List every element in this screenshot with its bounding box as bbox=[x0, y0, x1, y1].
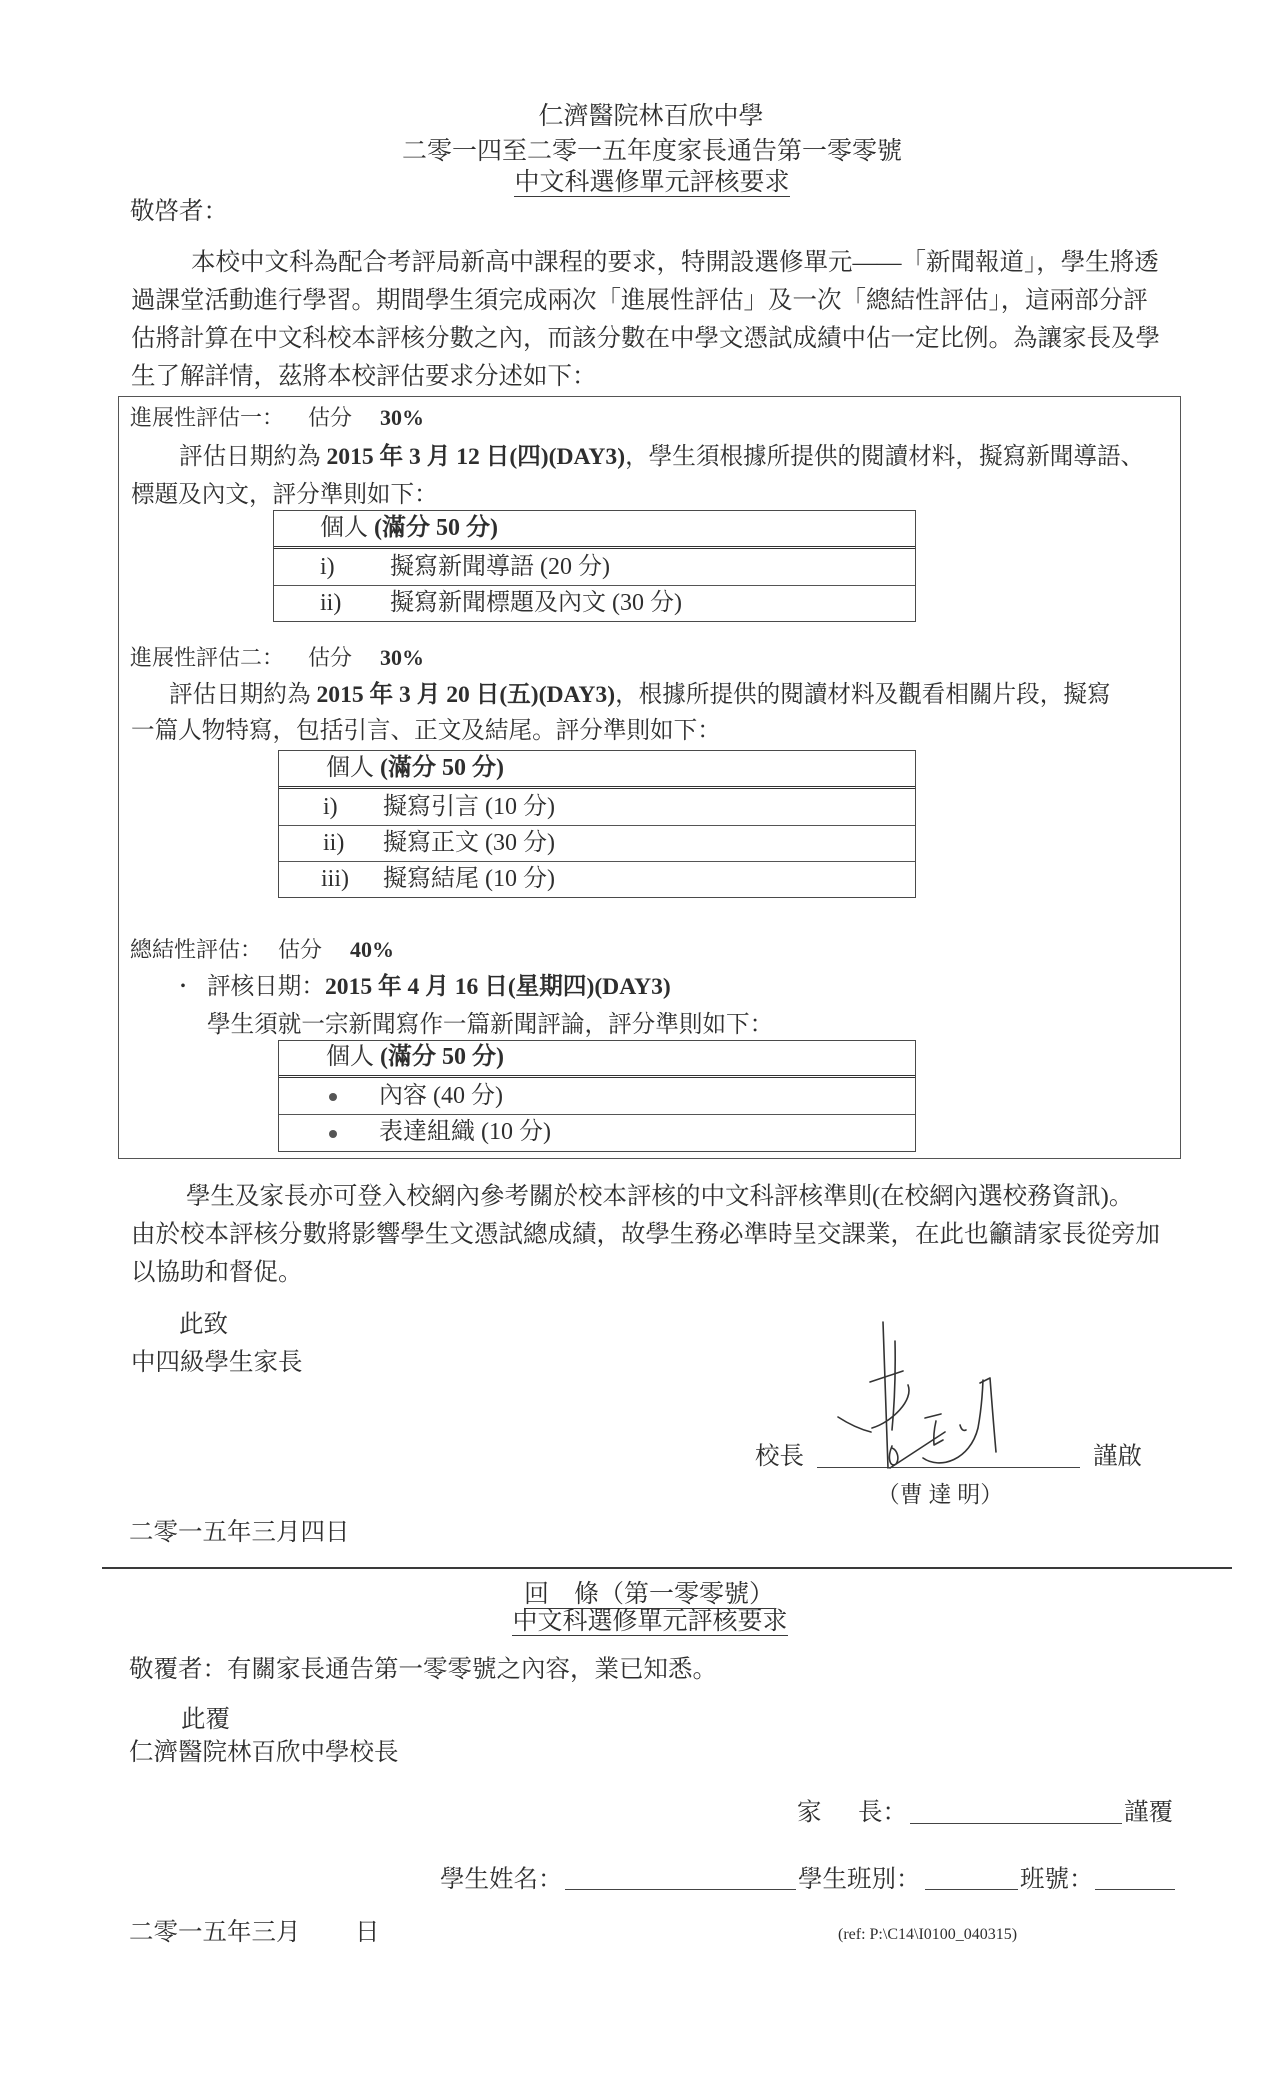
subject-title: 中文科選修單元評核要求 bbox=[514, 170, 789, 197]
row-marker: i) bbox=[323, 789, 338, 825]
parent-label: 家 bbox=[797, 1798, 822, 1828]
table-header-row: 個人 (滿分 50 分) bbox=[279, 1041, 915, 1078]
closing-line: 以協助和督促。 bbox=[131, 1258, 303, 1288]
school-name: 仁濟醫院林百欣中學 bbox=[400, 102, 902, 132]
table-row: i) 擬寫引言 (10 分) bbox=[279, 789, 915, 826]
assessment-1-criteria-table: 個人 (滿分 50 分) i) 擬寫新聞導語 (20 分) ii) 擬寫新聞標題… bbox=[273, 510, 916, 622]
table-row: i) 擬寫新聞導語 (20 分) bbox=[274, 549, 915, 586]
assessment-1-heading: 進展性評估一： 估分 30% bbox=[130, 404, 450, 432]
table-header: 個人 (滿分 50 分) bbox=[326, 1041, 504, 1074]
table-header: 個人 (滿分 50 分) bbox=[326, 751, 504, 785]
desc-text: 評估日期約為 bbox=[179, 444, 326, 470]
weight-value: 30% bbox=[380, 644, 424, 672]
reply-body: 敬覆者：有關家長通告第一零零號之內容，業已知悉。 bbox=[129, 1655, 717, 1685]
weight-value: 30% bbox=[380, 404, 424, 432]
weight-label: 估分 bbox=[308, 404, 352, 432]
student-name-field bbox=[565, 1889, 796, 1890]
assessment-3-criteria-table: 個人 (滿分 50 分) 內容 (40 分) 表達組織 (10 分) bbox=[278, 1040, 916, 1152]
table-header: 個人 (滿分 50 分) bbox=[320, 511, 498, 545]
salutation: 敬啓者： bbox=[130, 197, 228, 227]
subject-title-wrap: 中文科選修單元評核要求 bbox=[452, 168, 852, 198]
closing-line: 學生及家長亦可登入校網內參考關於校本評核的中文科評核準則(在校網內選校務資訊)。 bbox=[186, 1182, 1133, 1212]
bullet-icon bbox=[329, 1093, 337, 1101]
row-marker: ii) bbox=[323, 826, 344, 861]
sign-off: 謹啟 bbox=[1093, 1442, 1142, 1472]
header-main: 個人 bbox=[320, 515, 374, 541]
row-text: 內容 (40 分) bbox=[379, 1078, 503, 1114]
assessment-3-date-line: 評核日期：2015 年 4 月 16 日(星期四)(DAY3) bbox=[207, 972, 671, 1002]
header-main: 個人 bbox=[326, 755, 380, 781]
weight-label: 估分 bbox=[308, 644, 352, 672]
reply-slip-title: 回 條（第一零零號） bbox=[524, 1582, 774, 1609]
assessment-date: 2015 年 3 月 20 日(五)(DAY3) bbox=[316, 682, 615, 708]
reference-code: (ref: P:\C14\I0100_040315) bbox=[838, 1925, 1017, 1945]
header-sub: (滿分 50 分) bbox=[374, 515, 498, 541]
row-marker: ii) bbox=[320, 586, 341, 620]
header-sub: (滿分 50 分) bbox=[380, 1044, 504, 1070]
intro-line: 本校中文科為配合考評局新高中課程的要求，特開設選修單元——「新聞報道」，學生將透 bbox=[191, 248, 1159, 278]
closing-line: 由於校本評核分數將影響學生文憑試總成績，故學生務必準時呈交課業，在此也籲請家長從… bbox=[131, 1220, 1160, 1250]
assessment-date: 2015 年 4 月 16 日(星期四)(DAY3) bbox=[325, 974, 671, 1000]
row-text: 擬寫結尾 (10 分) bbox=[383, 862, 555, 896]
notice-title: 二零一四至二零一五年度家長通告第一零零號 bbox=[352, 137, 952, 167]
parent-label: 長： bbox=[858, 1798, 907, 1828]
class-number-field bbox=[1095, 1889, 1175, 1890]
class-label: 學生班別： bbox=[798, 1865, 921, 1895]
row-marker: iii) bbox=[321, 862, 349, 896]
table-row: ii) 擬寫正文 (30 分) bbox=[279, 826, 915, 862]
weight-label: 估分 bbox=[278, 936, 322, 964]
class-number-label: 班號： bbox=[1020, 1865, 1094, 1895]
bullet-icon: ・ bbox=[173, 972, 193, 1002]
recipient: 中四級學生家長 bbox=[131, 1348, 303, 1378]
signature-icon bbox=[830, 1318, 1005, 1473]
student-name-label: 學生姓名： bbox=[440, 1865, 563, 1895]
assessment-heading-label: 進展性評估二： bbox=[130, 644, 284, 672]
table-header-row: 個人 (滿分 50 分) bbox=[274, 511, 915, 549]
reply-date-prefix: 二零一五年三月 bbox=[129, 1918, 301, 1948]
assessment-heading-label: 總結性評估： bbox=[130, 936, 262, 964]
table-row: ii) 擬寫新聞標題及內文 (30 分) bbox=[274, 586, 915, 621]
cut-line-divider bbox=[102, 1567, 1232, 1569]
signer-title: 校長 bbox=[755, 1442, 804, 1472]
assessment-3-desc: 學生須就一宗新聞寫作一篇新聞評論，評分準則如下： bbox=[207, 1010, 773, 1040]
notice-date: 二零一五年三月四日 bbox=[129, 1518, 350, 1548]
weight-value: 40% bbox=[350, 936, 394, 964]
table-row: 內容 (40 分) bbox=[279, 1078, 915, 1115]
reply-title-wrap: 回 條（第一零零號） bbox=[449, 1580, 849, 1610]
signer-name: （曹 達 明） bbox=[862, 1480, 1018, 1510]
header-sub: (滿分 50 分) bbox=[380, 755, 504, 781]
intro-line: 估將計算在中文科校本評核分數之內，而該分數在中學文憑試成績中佔一定比例。為讓家長… bbox=[131, 324, 1160, 354]
intro-line: 過課堂活動進行學習。期間學生須完成兩次「進展性評估」及一次「總結性評估」，這兩部… bbox=[131, 286, 1148, 316]
assessment-date: 2015 年 3 月 12 日(四)(DAY3) bbox=[326, 444, 625, 470]
row-text: 擬寫新聞導語 (20 分) bbox=[390, 549, 610, 585]
row-text: 擬寫新聞標題及內文 (30 分) bbox=[390, 586, 682, 620]
assessment-2-heading: 進展性評估二： 估分 30% bbox=[130, 644, 450, 672]
row-marker: i) bbox=[320, 549, 335, 585]
parent-sign-off: 謹覆 bbox=[1124, 1798, 1173, 1828]
bullet-icon bbox=[329, 1130, 337, 1138]
reply-regards: 此覆 bbox=[181, 1705, 230, 1735]
intro-line: 生了解詳情，茲將本校評估要求分述如下： bbox=[131, 362, 597, 392]
table-row: iii) 擬寫結尾 (10 分) bbox=[279, 862, 915, 897]
desc-text: ，根據所提供的閱讀材料及觀看相關片段，擬寫 bbox=[615, 682, 1110, 708]
assessment-2-criteria-table: 個人 (滿分 50 分) i) 擬寫引言 (10 分) ii) 擬寫正文 (30… bbox=[278, 750, 916, 898]
reply-date-suffix: 日 bbox=[355, 1918, 380, 1948]
reply-subtitle-wrap: 中文科選修單元評核要求 bbox=[450, 1607, 850, 1637]
assessment-3-heading: 總結性評估： 估分 40% bbox=[130, 936, 450, 964]
desc-text: 評估日期約為 bbox=[169, 682, 316, 708]
table-header-row: 個人 (滿分 50 分) bbox=[279, 751, 915, 789]
reply-recipient: 仁濟醫院林百欣中學校長 bbox=[129, 1738, 399, 1768]
header-main: 個人 bbox=[326, 1044, 380, 1070]
row-text: 表達組織 (10 分) bbox=[379, 1115, 551, 1150]
regards: 此致 bbox=[179, 1310, 228, 1340]
row-text: 擬寫正文 (30 分) bbox=[383, 826, 555, 861]
assessment-1-desc-line1: 評估日期約為 2015 年 3 月 12 日(四)(DAY3)，學生須根據所提供… bbox=[179, 442, 1144, 472]
desc-text: ，學生須根據所提供的閱讀材料，擬寫新聞導語、 bbox=[625, 444, 1144, 470]
parent-signature-field bbox=[910, 1823, 1122, 1824]
assessment-2-desc-line1: 評估日期約為 2015 年 3 月 20 日(五)(DAY3)，根據所提供的閱讀… bbox=[169, 680, 1111, 710]
row-text: 擬寫引言 (10 分) bbox=[383, 789, 555, 825]
class-field bbox=[925, 1889, 1018, 1890]
assessment-2-desc-line2: 一篇人物特寫，包括引言、正文及結尾。評分準則如下： bbox=[131, 716, 721, 746]
table-row: 表達組織 (10 分) bbox=[279, 1115, 915, 1151]
assessment-heading-label: 進展性評估一： bbox=[130, 404, 284, 432]
date-label: 評核日期： bbox=[207, 974, 325, 1000]
reply-slip-subtitle: 中文科選修單元評核要求 bbox=[512, 1609, 787, 1636]
assessment-1-desc-line2: 標題及內文，評分準則如下： bbox=[131, 480, 438, 510]
